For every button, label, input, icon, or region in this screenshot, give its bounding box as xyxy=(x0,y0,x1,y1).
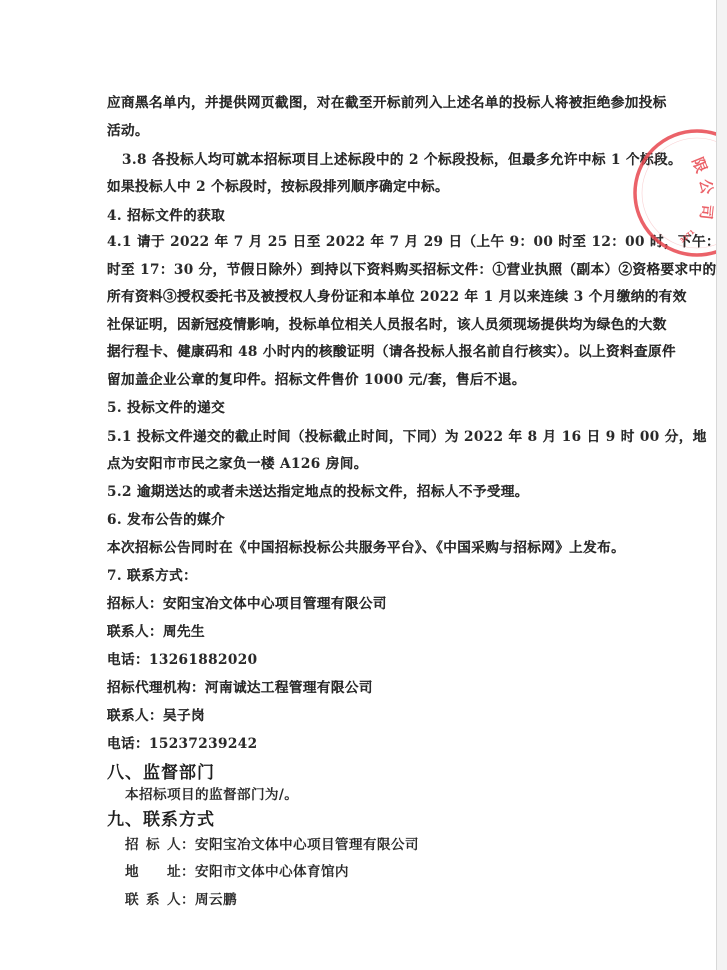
contact-agency-person: 联系人：吴子岗 xyxy=(107,707,205,725)
supervision-text: 本招标项目的监督部门为/。 xyxy=(125,786,298,804)
paragraph-line: 4.1 请于 2022 年 7 月 25 日至 2022 年 7 月 29 日（… xyxy=(107,233,717,251)
paragraph-line: 点为安阳市市民之家负一楼 A126 房间。 xyxy=(107,455,368,473)
paragraph-line: 据行程卡、健康码和 48 小时内的核酸证明（请各投标人报名前自行核实）。以上资料… xyxy=(107,343,676,361)
contact-row-person: 联系人：周云鹏 xyxy=(125,891,237,909)
contact-tenderer: 招标人：安阳宝冶文体中心项目管理有限公司 xyxy=(107,595,387,613)
section-heading-contact: 九、联系方式 xyxy=(107,809,215,831)
svg-text:司: 司 xyxy=(696,204,715,221)
paragraph-line: 5.2 逾期送达的或者未送达指定地点的投标文件，招标人不予受理。 xyxy=(107,483,529,501)
paragraph-line: 3.8 各投标人均可就本招标项目上述标段中的 2 个标段投标，但最多允许中标 1… xyxy=(122,151,682,169)
contact-value: 安阳宝冶文体中心项目管理有限公司 xyxy=(195,837,419,853)
section-heading-supervision: 八、监督部门 xyxy=(107,762,215,784)
section-title-6: 6. 发布公告的媒介 xyxy=(107,511,225,529)
paragraph-line: 活动。 xyxy=(107,122,149,140)
paragraph-line: 所有资料③授权委托书及被授权人身份证和本单位 2022 年 1 月以来连续 3 … xyxy=(107,288,687,306)
colon: ： xyxy=(181,864,195,880)
contact-phone: 电话：13261882020 xyxy=(107,651,257,669)
svg-text:限: 限 xyxy=(688,155,710,176)
contact-value: 周云鹏 xyxy=(195,892,237,908)
svg-text:公: 公 xyxy=(696,178,716,196)
contact-label: 招标人 xyxy=(125,836,181,854)
contact-value: 安阳市文体中心体育馆内 xyxy=(195,864,349,880)
document-page: 应商黑名单内，并提供网页截图，对在截至开标前列入上述名单的投标人将被拒绝参加投标… xyxy=(0,0,717,970)
paragraph-line: 5.1 投标文件递交的截止时间（投标截止时间，下同）为 2022 年 8 月 1… xyxy=(107,428,707,446)
contact-person: 联系人：周先生 xyxy=(107,623,205,641)
contact-row-address: 地址：安阳市文体中心体育馆内 xyxy=(125,863,349,881)
contact-row-tenderer: 招标人：安阳宝冶文体中心项目管理有限公司 xyxy=(125,836,419,854)
contact-label: 联系人 xyxy=(125,891,181,909)
contact-label: 地址 xyxy=(125,863,181,881)
paragraph-line: 时至 17：30 分，节假日除外）到持以下资料购买招标文件：①营业执照（副本）②… xyxy=(107,261,716,279)
paragraph-line: 本次招标公告同时在《中国招标投标公共服务平台》、《中国采购与招标网》上发布。 xyxy=(107,539,625,557)
section-title-4: 4. 招标文件的获取 xyxy=(107,207,225,225)
paragraph-line: 留加盖企业公章的复印件。招标文件售价 1000 元/套，售后不退。 xyxy=(107,371,526,389)
contact-agency: 招标代理机构：河南诚达工程管理有限公司 xyxy=(107,679,373,697)
section-title-5: 5. 投标文件的递交 xyxy=(107,399,225,417)
colon: ： xyxy=(181,892,195,908)
paragraph-line: 社保证明，因新冠疫情影响，投标单位相关人员报名时，该人员须现场提供均为绿色的大数 xyxy=(107,316,667,334)
contact-agency-phone: 电话：15237239242 xyxy=(107,735,257,753)
paragraph-line: 应商黑名单内，并提供网页截图，对在截至开标前列入上述名单的投标人将被拒绝参加投标 xyxy=(107,94,667,112)
paragraph-line: 如果投标人中 2 个标段时，按标段排列顺序确定中标。 xyxy=(107,178,449,196)
section-title-7: 7. 联系方式： xyxy=(107,567,197,585)
colon: ： xyxy=(181,837,195,853)
